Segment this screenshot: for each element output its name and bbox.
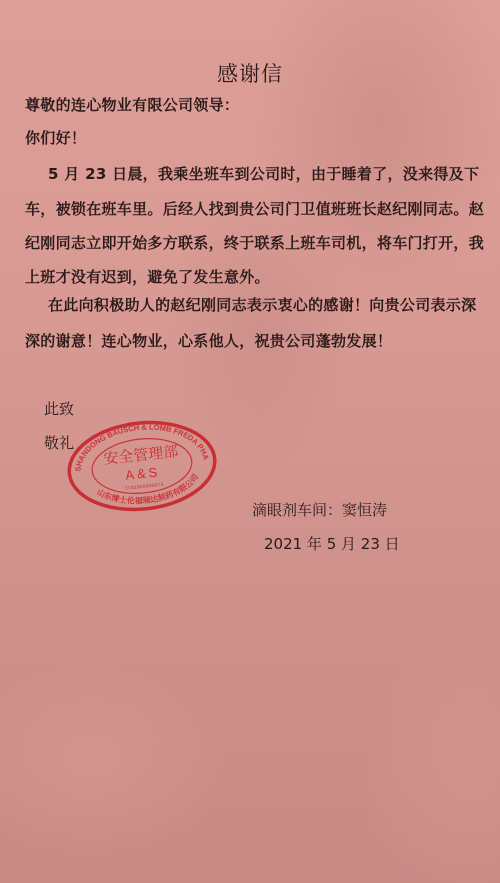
letter-paper: 感谢信 尊敬的连心物业有限公司领导： 你们好！ 5 月 23 日晨，我乘坐班车到… [0,0,500,883]
letter-date: 2021 年 5 月 23 日 [264,533,400,554]
paragraph1-line: 5 月 23 日晨，我乘坐班车到公司时，由于睡着了，没来得及下 [48,163,479,184]
paragraph1-line: 纪刚同志立即开始多方联系，终于联系上班车司机，将车门打开，我 [25,232,484,253]
paragraph1-line: 上班才没有迟到，避免了发生意外。 [25,266,270,287]
paragraph1-line: 车，被锁在班车里。后经人找到贵公司门卫值班班长赵纪刚同志。赵 [25,198,484,219]
seal-icon: SHANDONG BAUSCH & LOMB FREDA PHARMACEUTI… [62,412,223,519]
closing-cizhi: 此致 [44,398,74,419]
salutation: 尊敬的连心物业有限公司领导： [25,94,239,115]
signature: 滴眼剂车间：窦恒涛 [252,499,387,520]
paragraph2-line: 在此向积极助人的赵纪刚同志表示衷心的感谢！向贵公司表示深 [48,294,476,315]
seal-sub-text: A&S [125,464,161,483]
greeting: 你们好！ [25,127,86,148]
official-seal-stamp: SHANDONG BAUSCH & LOMB FREDA PHARMACEUTI… [62,412,223,519]
letter-title: 感谢信 [0,58,500,88]
paragraph2-line: 深的谢意！连心物业，心系他人，祝贵公司蓬勃发展！ [25,330,392,351]
